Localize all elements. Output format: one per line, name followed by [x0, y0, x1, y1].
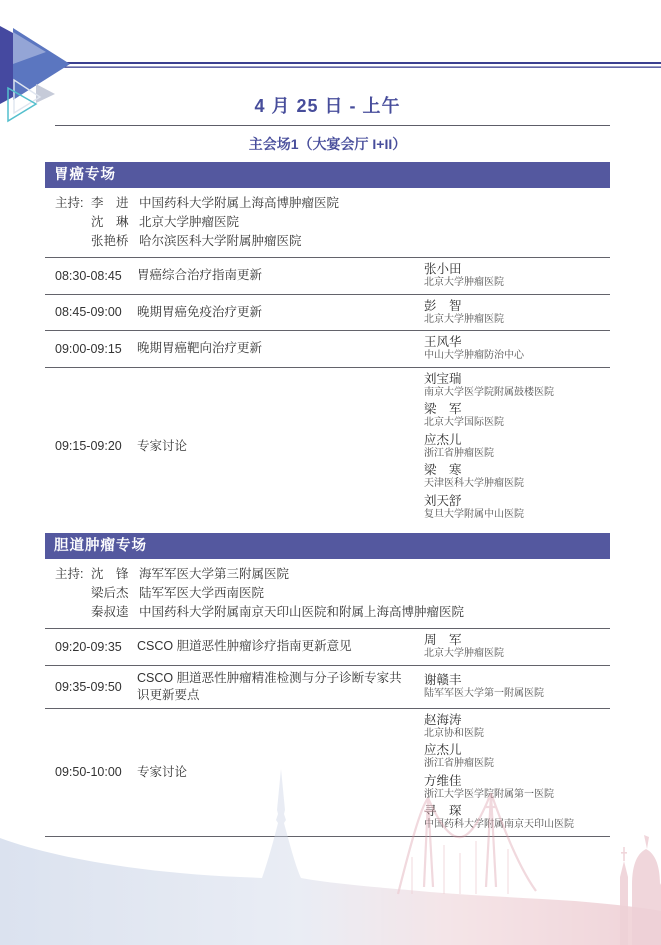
- chair-name: 张艳桥: [91, 232, 139, 251]
- chair-row: 主持: 李 进 中国药科大学附属上海高博肿瘤医院: [55, 194, 610, 213]
- speakers-cell: 彭 智 北京大学肿瘤医院: [424, 299, 610, 327]
- chair-label-spacer: [55, 603, 91, 622]
- speakers-cell: 王风华 中山大学肿瘤防治中心: [424, 335, 610, 363]
- chair-affiliation: 陆军军医大学西南医院: [139, 584, 610, 603]
- agenda-row: 09:50-10:00 专家讨论 赵海涛 北京协和医院 应杰儿 浙江省肿瘤医院 …: [45, 708, 610, 837]
- speaker: 寻 琛 中国药科大学附属南京天印山医院: [424, 804, 610, 832]
- speaker-affiliation: 北京大学肿瘤医院: [424, 277, 610, 290]
- speaker-affiliation: 北京大学国际医院: [424, 417, 610, 430]
- venue-subtitle: 主会场1（大宴会厅 I+II）: [45, 134, 610, 154]
- speaker-name: 应杰儿: [424, 743, 610, 758]
- chairs-block: 主持: 沈 锋 海军军医大学第三附属医院 梁后杰 陆军军医大学西南医院 秦叔逵 …: [45, 559, 610, 628]
- speaker-name: 周 军: [424, 633, 610, 648]
- speaker: 方维佳 浙江大学医学院附属第一医院: [424, 774, 610, 802]
- speaker: 周 军 北京大学肿瘤医院: [424, 633, 610, 661]
- speaker-affiliation: 复旦大学附属中山医院: [424, 509, 610, 522]
- time-cell: 09:15-09:20: [45, 439, 137, 453]
- speakers-cell: 张小田 北京大学肿瘤医院: [424, 262, 610, 290]
- speaker-name: 张小田: [424, 262, 610, 277]
- topic-cell: CSCO 胆道恶性肿瘤精准检测与分子诊断专家共识更新要点: [137, 670, 424, 704]
- speaker: 谢赣丰 陆军军医大学第一附属医院: [424, 673, 610, 701]
- agenda-row: 09:20-09:35 CSCO 胆道恶性肿瘤诊疗指南更新意见 周 军 北京大学…: [45, 628, 610, 665]
- chair-row: 梁后杰 陆军军医大学西南医院: [55, 584, 610, 603]
- chair-name: 秦叔逵: [91, 603, 139, 622]
- speaker-name: 梁 寒: [424, 463, 610, 478]
- speaker-name: 刘宝瑞: [424, 372, 610, 387]
- time-cell: 08:45-09:00: [45, 305, 137, 319]
- speaker: 王风华 中山大学肿瘤防治中心: [424, 335, 610, 363]
- chair-name: 沈 锋: [91, 565, 139, 584]
- time-cell: 09:35-09:50: [45, 680, 137, 694]
- speaker-name: 王风华: [424, 335, 610, 350]
- speaker-affiliation: 中国药科大学附属南京天印山医院: [424, 819, 610, 832]
- speakers-cell: 刘宝瑞 南京大学医学院附属鼓楼医院 梁 军 北京大学国际医院 应杰儿 浙江省肿瘤…: [424, 372, 610, 522]
- agenda-row: 08:30-08:45 胃癌综合治疗指南更新 张小田 北京大学肿瘤医院: [45, 257, 610, 294]
- chair-row: 张艳桥 哈尔滨医科大学附属肿瘤医院: [55, 232, 610, 251]
- topic-cell: 晚期胃癌免疫治疗更新: [137, 304, 424, 321]
- speaker-affiliation: 陆军军医大学第一附属医院: [424, 688, 610, 701]
- speakers-cell: 赵海涛 北京协和医院 应杰儿 浙江省肿瘤医院 方维佳 浙江大学医学院附属第一医院…: [424, 713, 610, 832]
- program-page: 4 月 25 日 - 上午 主会场1（大宴会厅 I+II） 胃癌专场 主持: 李…: [45, 92, 610, 837]
- speaker: 彭 智 北京大学肿瘤医院: [424, 299, 610, 327]
- speaker-name: 应杰儿: [424, 433, 610, 448]
- chair-label-spacer: [55, 232, 91, 251]
- speaker: 张小田 北京大学肿瘤医院: [424, 262, 610, 290]
- speaker: 刘天舒 复旦大学附属中山医院: [424, 494, 610, 522]
- speaker-affiliation: 北京协和医院: [424, 728, 610, 741]
- chair-affiliation: 北京大学肿瘤医院: [139, 213, 610, 232]
- chair-row: 沈 琳 北京大学肿瘤医院: [55, 213, 610, 232]
- speakers-cell: 谢赣丰 陆军军医大学第一附属医院: [424, 673, 610, 701]
- session-section-biliary: 胆道肿瘤专场 主持: 沈 锋 海军军医大学第三附属医院 梁后杰 陆军军医大学西南…: [45, 533, 610, 837]
- agenda-row: 08:45-09:00 晚期胃癌免疫治疗更新 彭 智 北京大学肿瘤医院: [45, 294, 610, 331]
- chair-row: 主持: 沈 锋 海军军医大学第三附属医院: [55, 565, 610, 584]
- chair-affiliation: 中国药科大学附属上海高博肿瘤医院: [139, 194, 610, 213]
- speaker-name: 赵海涛: [424, 713, 610, 728]
- speaker-name: 寻 琛: [424, 804, 610, 819]
- time-cell: 09:00-09:15: [45, 342, 137, 356]
- chair-row: 秦叔逵 中国药科大学附属南京天印山医院和附属上海高博肿瘤医院: [55, 603, 610, 622]
- topic-cell: CSCO 胆道恶性肿瘤诊疗指南更新意见: [137, 638, 424, 655]
- chairs-block: 主持: 李 进 中国药科大学附属上海高博肿瘤医院 沈 琳 北京大学肿瘤医院 张艳…: [45, 188, 610, 257]
- chair-label: 主持:: [55, 565, 91, 584]
- speaker-name: 方维佳: [424, 774, 610, 789]
- speaker: 应杰儿 浙江省肿瘤医院: [424, 743, 610, 771]
- session-header: 胃癌专场: [45, 162, 610, 188]
- speaker-affiliation: 北京大学肿瘤医院: [424, 648, 610, 661]
- chair-name: 梁后杰: [91, 584, 139, 603]
- agenda-table: 08:30-08:45 胃癌综合治疗指南更新 张小田 北京大学肿瘤医院 08:4…: [45, 257, 610, 525]
- topic-cell: 胃癌综合治疗指南更新: [137, 267, 424, 284]
- agenda-table: 09:20-09:35 CSCO 胆道恶性肿瘤诊疗指南更新意见 周 军 北京大学…: [45, 628, 610, 837]
- chair-affiliation: 哈尔滨医科大学附属肿瘤医院: [139, 232, 610, 251]
- chair-affiliation: 海军军医大学第三附属医院: [139, 565, 610, 584]
- speaker-affiliation: 天津医科大学肿瘤医院: [424, 478, 610, 491]
- topic-cell: 专家讨论: [137, 438, 424, 455]
- speaker-affiliation: 中山大学肿瘤防治中心: [424, 350, 610, 363]
- agenda-row: 09:00-09:15 晚期胃癌靶向治疗更新 王风华 中山大学肿瘤防治中心: [45, 330, 610, 367]
- speaker-affiliation: 北京大学肿瘤医院: [424, 314, 610, 327]
- time-cell: 09:50-10:00: [45, 765, 137, 779]
- chair-name: 李 进: [91, 194, 139, 213]
- chair-name: 沈 琳: [91, 213, 139, 232]
- topic-cell: 晚期胃癌靶向治疗更新: [137, 340, 424, 357]
- speaker: 赵海涛 北京协和医院: [424, 713, 610, 741]
- chair-affiliation: 中国药科大学附属南京天印山医院和附属上海高博肿瘤医院: [139, 603, 610, 622]
- chair-label: 主持:: [55, 194, 91, 213]
- speaker-name: 梁 军: [424, 402, 610, 417]
- session-header: 胆道肿瘤专场: [45, 533, 610, 559]
- agenda-row: 09:35-09:50 CSCO 胆道恶性肿瘤精准检测与分子诊断专家共识更新要点…: [45, 665, 610, 708]
- time-cell: 08:30-08:45: [45, 269, 137, 283]
- speaker-name: 刘天舒: [424, 494, 610, 509]
- page-title: 4 月 25 日 - 上午: [45, 92, 610, 118]
- speaker-affiliation: 浙江省肿瘤医院: [424, 758, 610, 771]
- chair-label-spacer: [55, 584, 91, 603]
- speaker-affiliation: 浙江省肿瘤医院: [424, 448, 610, 461]
- agenda-row: 09:15-09:20 专家讨论 刘宝瑞 南京大学医学院附属鼓楼医院 梁 军 北…: [45, 367, 610, 526]
- speaker: 刘宝瑞 南京大学医学院附属鼓楼医院: [424, 372, 610, 400]
- chair-label-spacer: [55, 213, 91, 232]
- topic-cell: 专家讨论: [137, 764, 424, 781]
- session-section-gastric: 胃癌专场 主持: 李 进 中国药科大学附属上海高博肿瘤医院 沈 琳 北京大学肿瘤…: [45, 162, 610, 525]
- speaker: 梁 寒 天津医科大学肿瘤医院: [424, 463, 610, 491]
- title-divider: [55, 125, 610, 126]
- speaker-affiliation: 浙江大学医学院附属第一医院: [424, 789, 610, 802]
- speaker-name: 彭 智: [424, 299, 610, 314]
- speakers-cell: 周 军 北京大学肿瘤医院: [424, 633, 610, 661]
- speaker: 应杰儿 浙江省肿瘤医院: [424, 433, 610, 461]
- speaker-affiliation: 南京大学医学院附属鼓楼医院: [424, 387, 610, 400]
- speaker: 梁 军 北京大学国际医院: [424, 402, 610, 430]
- speaker-name: 谢赣丰: [424, 673, 610, 688]
- time-cell: 09:20-09:35: [45, 640, 137, 654]
